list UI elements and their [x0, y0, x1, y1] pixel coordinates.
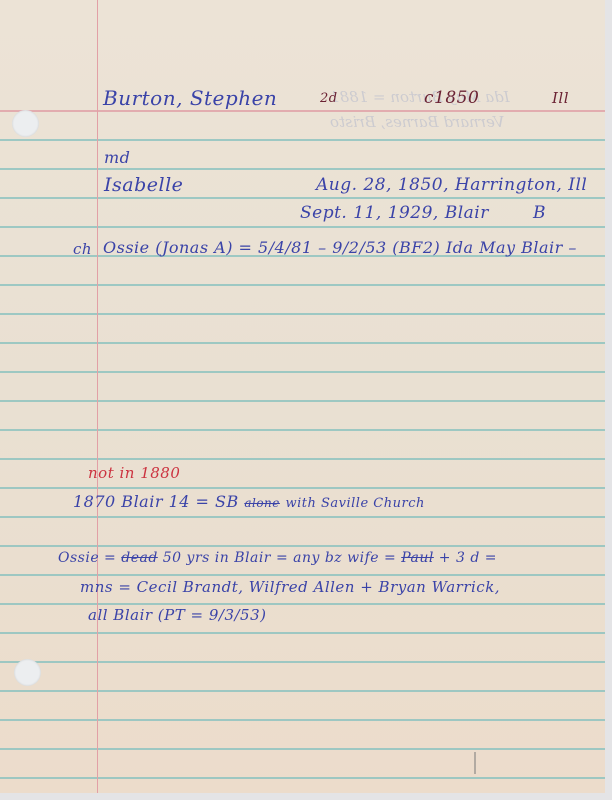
obit-line1-mid: 50 yrs in Blair = any bz wife =: [163, 550, 396, 566]
ruled-line: [0, 197, 605, 199]
obit-line1-suffix: + 3 d =: [439, 550, 497, 566]
ruled-line: [0, 139, 605, 141]
census-1870-prefix: 1870 Blair 14 = SB: [73, 492, 239, 511]
children-label: ch: [73, 240, 92, 258]
census-1870-suffix: with Saville Church: [285, 496, 424, 511]
obit-line1-prefix: Ossie =: [58, 550, 116, 566]
ruled-line: [0, 632, 605, 634]
spouse-death: Sept. 11, 1929, Blair: [300, 203, 489, 223]
ruled-line: [0, 719, 605, 721]
ruled-line: [0, 342, 605, 344]
spouse-birth: Aug. 28, 1850, Harrington, Ill: [316, 175, 587, 195]
punch-hole-bottom: [14, 659, 41, 686]
ruled-line: [0, 168, 605, 170]
ruled-line: [0, 603, 605, 605]
obituary-line-2: mns = Cecil Brandt, Wilfred Allen + Brya…: [80, 578, 500, 596]
ruled-line: [0, 516, 605, 518]
ruled-line: [0, 748, 605, 750]
ruled-line: [0, 777, 605, 779]
death-code: B: [533, 203, 546, 223]
ruled-line: [0, 458, 605, 460]
margin-line: [97, 0, 98, 793]
pencil-mark: [474, 752, 476, 774]
census-1870-struck: alone: [244, 496, 280, 510]
ruled-line: [0, 661, 605, 663]
ruled-line: [0, 545, 605, 547]
ruled-line: [0, 400, 605, 402]
ruled-line: [0, 574, 605, 576]
census-1870: 1870 Blair 14 = SB alone with Saville Ch…: [73, 492, 425, 511]
ruled-line: [0, 371, 605, 373]
ruled-line: [0, 313, 605, 315]
show-through-text-2: Vernard Barnes, Bristo: [330, 113, 504, 131]
obit-line1-struck-2: Paul: [401, 550, 434, 566]
ruled-line: [0, 284, 605, 286]
obituary-line-1: Ossie = dead 50 yrs in Blair = any bz wi…: [58, 550, 497, 566]
ruled-line: [0, 226, 605, 228]
married-label: md: [104, 148, 130, 167]
census-note: not in 1880: [88, 464, 180, 482]
surname-given-name: Burton, Stephen: [103, 86, 277, 110]
ruled-line: [0, 429, 605, 431]
show-through-text-1: Ida May Burton = 1881: [330, 88, 510, 106]
ruled-line: [0, 690, 605, 692]
state: Ill: [552, 89, 569, 107]
header-rule: [0, 110, 605, 112]
suffix-mark: 2d: [320, 91, 338, 106]
ruled-line: [0, 487, 605, 489]
punch-hole-top: [12, 110, 39, 137]
notebook-page: Ida May Burton = 1881 Vernard Barnes, Br…: [0, 0, 605, 793]
obituary-line-3: all Blair (PT = 9/3/53): [88, 606, 267, 624]
child-entry: Ossie (Jonas A) = 5/4/81 – 9/2/53 (BF2) …: [103, 238, 577, 257]
birth-year: c1850: [424, 88, 479, 108]
obit-line1-struck-1: dead: [121, 550, 158, 566]
spouse-name: Isabelle: [104, 174, 183, 196]
